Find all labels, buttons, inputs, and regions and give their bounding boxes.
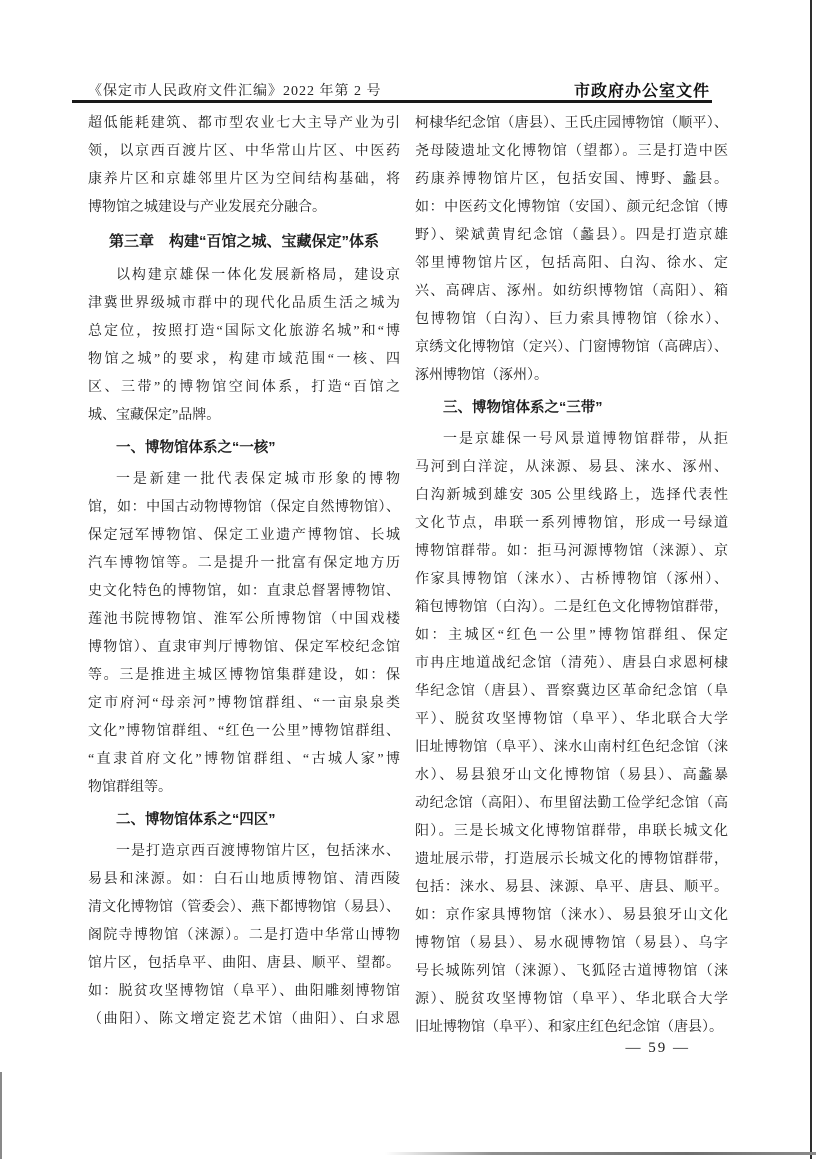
- text-column-right: 柯棣华纪念馆（唐县）、王氏庄园博物馆（顺平）、尧母陵遗址文化博物馆（望都）。三是…: [415, 110, 728, 1042]
- scan-edge-bottom-smudge: [385, 1152, 816, 1155]
- text-line: 汽车博物馆等。二是提升一批富有保定地方历: [88, 550, 400, 578]
- text-line: 平）、脱贫攻坚博物馆（阜平）、华北联合大学: [415, 706, 728, 734]
- text-line: 如：京作家具博物馆（涞水）、易县狼牙山文化: [415, 902, 728, 930]
- text-line: 物馆群组等。: [88, 774, 400, 802]
- text-line: 柯棣华纪念馆（唐县）、王氏庄园博物馆（顺平）、: [415, 110, 728, 138]
- text-line: 旧址博物馆（阜平）、涞水山南村红色纪念馆（涞: [415, 734, 728, 762]
- text-line: 兴、高碑店、涿州。如纺织博物馆（高阳）、箱: [415, 278, 728, 306]
- text-line: 康养片区和京雄邻里片区为空间结构基础，将: [88, 166, 400, 194]
- text-line: 物馆之城”的要求，构建市域范围“一核、四: [88, 346, 400, 374]
- section-heading: 一、博物馆体系之“一核”: [88, 434, 400, 462]
- text-line: 水）、易县狼牙山文化博物馆（易县）、高蠡暴: [415, 762, 728, 790]
- text-line: 莲池书院博物馆、淮军公所博物馆（中国戏楼: [88, 606, 400, 634]
- page-number: — 59 —: [626, 1040, 691, 1057]
- scan-edge-left-line: [0, 1072, 2, 1159]
- text-line: 源）、脱贫攻坚博物馆（阜平）、华北联合大学: [415, 986, 728, 1014]
- text-line: 易县和涞源。如：白石山地质博物馆、清西陵: [88, 866, 400, 894]
- section-heading: 二、博物馆体系之“四区”: [88, 806, 400, 834]
- text-line: 等。三是推进主城区博物馆集群建设，如：保: [88, 662, 400, 690]
- text-column-left: 超低能耗建筑、都市型农业七大主导产业为引领，以京西百渡片区、中华常山片区、中医药…: [88, 110, 400, 1034]
- header-rule: [72, 100, 712, 103]
- text-line: 总定位，按照打造“国际文化旅游名城”和“博: [88, 318, 400, 346]
- text-line: 野）、梁斌黄胄纪念馆（蠡县）。四是打造京雄: [415, 222, 728, 250]
- text-line: 阳）。三是长城文化博物馆群带，串联长城文化: [415, 818, 728, 846]
- text-line: 邻里博物馆片区，包括高阳、白沟、徐水、定: [415, 250, 728, 278]
- text-line: 史文化特色的博物馆，如：直隶总督署博物馆、: [88, 578, 400, 606]
- text-line: （曲阳）、陈文增定瓷艺术馆（曲阳）、白求恩: [88, 1006, 400, 1034]
- text-line: 定市府河“母亲河”博物馆群组、“一亩泉泉类: [88, 690, 400, 718]
- text-line: 津冀世界级城市群中的现代化品质生活之城为: [88, 290, 400, 318]
- text-line: 博物馆（易县）、易水砚博物馆（易县）、乌字: [415, 930, 728, 958]
- text-line: 文化”博物馆群组、“红色一公里”博物馆群组、: [88, 718, 400, 746]
- text-line: 白沟新城到雄安 305 公里线路上，选择代表性: [415, 482, 728, 510]
- header-journal-title: 《保定市人民政府文件汇编》2022 年第 2 号: [88, 80, 382, 100]
- section-heading: 三、博物馆体系之“三带”: [415, 394, 728, 422]
- text-line: 如：中医药文化博物馆（安国）、颜元纪念馆（博: [415, 194, 728, 222]
- text-line: 华纪念馆（唐县）、晋察冀边区革命纪念馆（阜: [415, 678, 728, 706]
- scan-edge-right-line: [810, 0, 812, 1159]
- text-line: 动纪念馆（高阳）、布里留法勤工俭学纪念馆（高: [415, 790, 728, 818]
- text-line: 京绣文化博物馆（定兴）、门窗博物馆（高碑店）、: [415, 334, 728, 362]
- text-line: 馆，如：中国古动物博物馆（保定自然博物馆）、: [88, 494, 400, 522]
- document-page: 《保定市人民政府文件汇编》2022 年第 2 号 市政府办公室文件 超低能耗建筑…: [0, 0, 816, 1159]
- text-line: 箱包博物馆（白沟）。二是红色文化博物馆群带，: [415, 594, 728, 622]
- text-line: 遗址展示带，打造展示长城文化的博物馆群带，: [415, 846, 728, 874]
- text-line: 保定冠军博物馆、保定工业遗产博物馆、长城: [88, 522, 400, 550]
- text-line: 市冉庄地道战纪念馆（清苑）、唐县白求恩柯棣: [415, 650, 728, 678]
- text-line: 馆片区，包括阜平、曲阳、唐县、顺平、望都。: [88, 950, 400, 978]
- text-line: 清文化博物馆（管委会）、燕下都博物馆（易县）、: [88, 894, 400, 922]
- text-line: 阁院寺博物馆（涞源）。二是打造中华常山博物: [88, 922, 400, 950]
- text-line: 一是京雄保一号风景道博物馆群带，从拒: [415, 426, 728, 454]
- text-line: 区、三带”的博物馆空间体系，打造“百馆之: [88, 374, 400, 402]
- text-line: 城、宝藏保定”品牌。: [88, 402, 400, 430]
- text-line: 涿州博物馆（涿州）。: [415, 362, 728, 390]
- text-line: 作家具博物馆（涞水）、古桥博物馆（涿州）、: [415, 566, 728, 594]
- text-line: 旧址博物馆（阜平）、和家庄红色纪念馆（唐县）。: [415, 1014, 728, 1042]
- text-line: 马河到白洋淀，从涞源、易县、涞水、涿州、: [415, 454, 728, 482]
- text-line: “直隶首府文化”博物馆群组、“古城人家”博: [88, 746, 400, 774]
- text-line: 博物馆之城建设与产业发展充分融合。: [88, 194, 400, 222]
- header-doc-category: 市政府办公室文件: [574, 78, 710, 101]
- text-line: 尧母陵遗址文化博物馆（望都）。三是打造中医: [415, 138, 728, 166]
- text-line: 博物馆群带。如：拒马河源博物馆（涞源）、京: [415, 538, 728, 566]
- section-heading: 第三章 构建“百馆之城、宝藏保定”体系: [88, 228, 400, 256]
- text-line: 包博物馆（白沟）、巨力索具博物馆（徐水）、: [415, 306, 728, 334]
- text-line: 博物馆）、直隶审判厅博物馆、保定军校纪念馆: [88, 634, 400, 662]
- text-line: 包括：涞水、易县、涞源、阜平、唐县、顺平。: [415, 874, 728, 902]
- text-line: 药康养博物馆片区，包括安国、博野、蠡县。: [415, 166, 728, 194]
- text-line: 文化节点，串联一系列博物馆，形成一号绿道: [415, 510, 728, 538]
- text-line: 一是新建一批代表保定城市形象的博物: [88, 466, 400, 494]
- text-line: 如：主城区“红色一公里”博物馆群组、保定: [415, 622, 728, 650]
- text-line: 以构建京雄保一体化发展新格局，建设京: [88, 262, 400, 290]
- text-line: 号长城陈列馆（涞源）、飞狐陉古道博物馆（涞: [415, 958, 728, 986]
- text-line: 超低能耗建筑、都市型农业七大主导产业为引: [88, 110, 400, 138]
- text-line: 领，以京西百渡片区、中华常山片区、中医药: [88, 138, 400, 166]
- text-line: 一是打造京西百渡博物馆片区，包括涞水、: [88, 838, 400, 866]
- text-line: 如：脱贫攻坚博物馆（阜平）、曲阳雕刻博物馆: [88, 978, 400, 1006]
